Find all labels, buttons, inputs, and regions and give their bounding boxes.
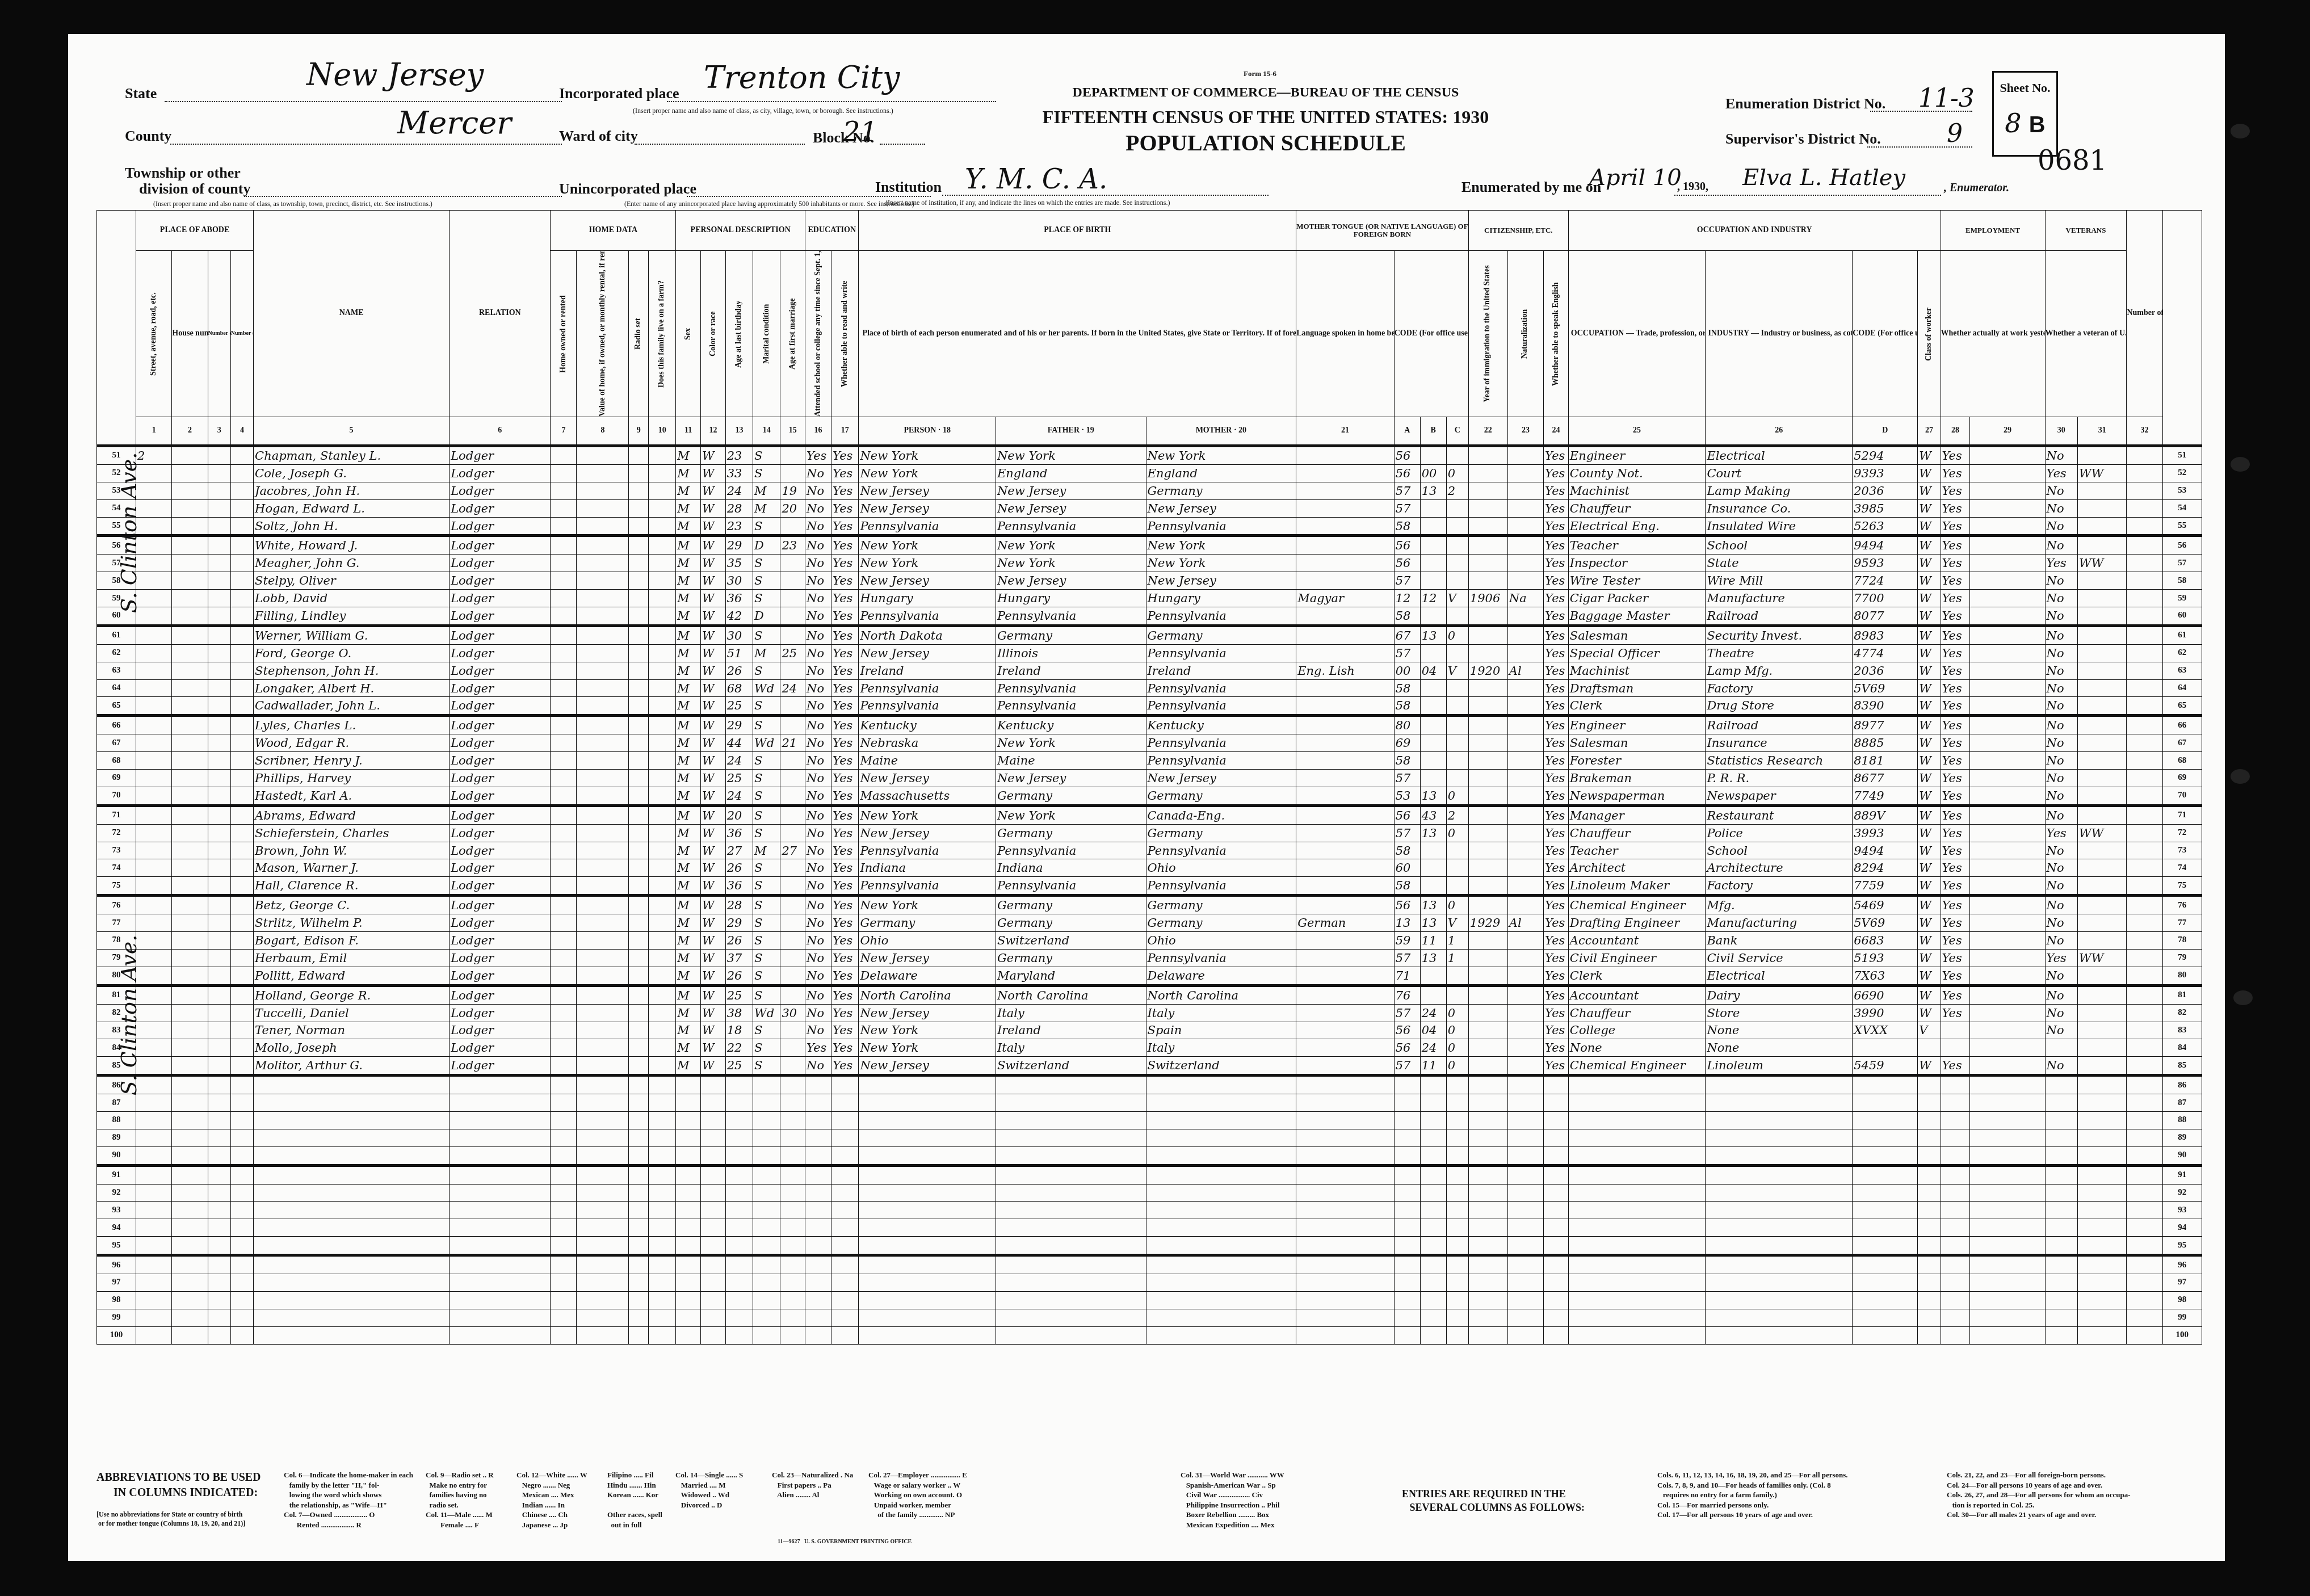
industry-cell: Insurance Co. [1706, 499, 1853, 517]
war-cell [2078, 517, 2127, 536]
birthplace-person-cell [859, 1309, 996, 1326]
code-header: CODE (For office use only. Do not write … [1394, 251, 1468, 417]
enum-district-value: 11-3 [1918, 84, 1975, 113]
birthplace-person-cell: New Jersey [859, 824, 996, 842]
empty-cell [551, 607, 577, 626]
enumerated-date: April 10 [1589, 165, 1682, 191]
occupation-cell: Clerk [1568, 697, 1706, 716]
school-cell: No [805, 842, 831, 859]
veteran-cell: No [2045, 1004, 2078, 1022]
house-number-cell [136, 644, 172, 662]
marital-cell [753, 1255, 780, 1274]
school-cell: No [805, 697, 831, 716]
empty-cell [230, 949, 253, 967]
birthplace-mother-cell: Italy [1146, 1039, 1296, 1057]
code-a-cell: 58 [1394, 842, 1420, 859]
school-cell [805, 1291, 831, 1309]
empty-cell [1970, 1146, 2045, 1165]
code-a-cell: 56 [1394, 896, 1420, 914]
speak-english-cell: Yes [1544, 662, 1569, 679]
marital-cell [753, 1291, 780, 1309]
code-b-cell: 04 [1420, 662, 1446, 679]
birthplace-person-cell [859, 1184, 996, 1202]
speak-english-cell: Yes [1544, 752, 1569, 770]
code-c-cell: V [1446, 914, 1468, 932]
empty-cell [648, 805, 675, 824]
empty-cell [208, 896, 230, 914]
veteran-cell [2045, 1165, 2078, 1184]
race-cell: W [701, 590, 726, 607]
empty-cell [230, 517, 253, 536]
code-a-cell: 59 [1394, 932, 1420, 950]
enumerated-label: Enumerated by me on [1461, 179, 1601, 196]
occupation-cell: Forester [1568, 752, 1706, 770]
empty-cell [230, 877, 253, 896]
name-cell: Mason, Warner J. [254, 859, 450, 877]
empty-cell [1970, 716, 2045, 734]
empty-cell [172, 985, 208, 1004]
empty-cell [172, 536, 208, 555]
war-cell [2078, 536, 2127, 555]
house-number-cell [136, 607, 172, 626]
war-cell [2078, 932, 2127, 950]
group-place-of-abode: PLACE OF ABODE [136, 211, 254, 251]
code-a-cell: 57 [1394, 770, 1420, 787]
empty-cell [551, 1237, 577, 1255]
age-first-marriage-cell [780, 625, 805, 644]
code-c-cell: 2 [1446, 805, 1468, 824]
empty-cell [1970, 1326, 2045, 1344]
house-number-cell [136, 499, 172, 517]
immigration-year-cell [1468, 1146, 1507, 1165]
sex-cell: M [676, 1039, 701, 1057]
house-number-cell [136, 1309, 172, 1326]
code-b-cell [1420, 1165, 1446, 1184]
abbrev-col14: Col. 14—Single ...... S Married .... M W… [675, 1470, 743, 1510]
empty-cell [1970, 1165, 2045, 1184]
class-of-worker-cell: W [1918, 499, 1941, 517]
veteran-cell [2045, 1291, 2078, 1309]
unincorporated-label: Unincorporated place [559, 180, 696, 198]
ward-label: Ward of city [559, 128, 638, 145]
age-cell: 23 [725, 517, 753, 536]
line-number-right: 95 [2162, 1237, 2202, 1255]
age-first-marriage-cell [780, 1274, 805, 1291]
house-number-cell [136, 1291, 172, 1309]
birthplace-father-cell: Germany [996, 824, 1146, 842]
age-first-marriage-cell [780, 1202, 805, 1219]
at-work-cell: Yes [1941, 517, 1970, 536]
race-cell [701, 1219, 726, 1237]
immigration-year-cell [1468, 734, 1507, 752]
veteran-cell: No [2045, 805, 2078, 824]
empty-cell [629, 644, 649, 662]
empty-cell [208, 679, 230, 697]
empty-cell [629, 1291, 649, 1309]
school-cell [805, 1219, 831, 1237]
empty-cell [629, 536, 649, 555]
marital-cell: S [753, 949, 780, 967]
marital-cell: S [753, 572, 780, 590]
empty-cell [230, 662, 253, 679]
school-cell: No [805, 896, 831, 914]
line-number: 75 [97, 877, 136, 896]
empty-cell [648, 734, 675, 752]
empty-cell [172, 949, 208, 967]
house-number-cell [136, 517, 172, 536]
naturalization-cell [1507, 1004, 1543, 1022]
mother-tongue-cell [1296, 482, 1395, 499]
code-b-cell [1420, 734, 1446, 752]
empty-cell [648, 482, 675, 499]
naturalization-cell [1507, 859, 1543, 877]
code-b-cell [1420, 716, 1446, 734]
class-of-worker-cell: W [1918, 877, 1941, 896]
empty-cell [551, 805, 577, 824]
occupation-cell [1568, 1146, 1706, 1165]
sex-cell: M [676, 625, 701, 644]
mother-tongue-cell: Eng. Lish [1296, 662, 1395, 679]
empty-cell [208, 536, 230, 555]
code-a-cell: 60 [1394, 859, 1420, 877]
occupation-cell: Electrical Eng. [1568, 517, 1706, 536]
school-cell: Yes [805, 1039, 831, 1057]
name-cell: Bogart, Edison F. [254, 932, 450, 950]
read-write-cell: Yes [831, 949, 859, 967]
code-a-cell: 57 [1394, 644, 1420, 662]
table-row: 72Schieferstein, CharlesLodgerMW36SNoYes… [97, 824, 2202, 842]
birthplace-person-cell [859, 1291, 996, 1309]
empty-cell [172, 679, 208, 697]
code-c-cell [1446, 985, 1468, 1004]
marital-cell: S [753, 932, 780, 950]
birthplace-father-cell [996, 1219, 1146, 1237]
mother-tongue-cell [1296, 1094, 1395, 1112]
industry-cell: Factory [1706, 877, 1853, 896]
empty-cell [629, 572, 649, 590]
school-cell: No [805, 572, 831, 590]
class-of-worker-cell: W [1918, 1004, 1941, 1022]
county-label: County [125, 128, 171, 145]
veteran-cell: No [2045, 590, 2078, 607]
age-cell [725, 1255, 753, 1274]
sex-cell: M [676, 949, 701, 967]
line-number-right: 53 [2162, 482, 2202, 499]
empty-cell [208, 877, 230, 896]
birthplace-father-cell: Pennsylvania [996, 679, 1146, 697]
empty-cell [230, 679, 253, 697]
empty-cell [230, 967, 253, 985]
naturalization-cell [1507, 967, 1543, 985]
empty-cell [2127, 787, 2162, 805]
marital-cell: S [753, 555, 780, 572]
name-cell: Soltz, John H. [254, 517, 450, 536]
birthplace-person-cell: New York [859, 1022, 996, 1039]
empty-cell [172, 914, 208, 932]
house-number-cell [136, 1076, 172, 1094]
occupation-code-cell [1853, 1146, 1918, 1165]
house-number-cell [136, 734, 172, 752]
at-work-cell: Yes [1941, 716, 1970, 734]
marital-cell: S [753, 446, 780, 465]
industry-cell [1706, 1111, 1853, 1129]
age-first-marriage-cell [780, 572, 805, 590]
line-number: 62 [97, 644, 136, 662]
age-cell: 20 [725, 805, 753, 824]
veteran-cell: No [2045, 625, 2078, 644]
occupation-cell: Teacher [1568, 842, 1706, 859]
war-cell [2078, 1274, 2127, 1291]
relation-cell: Lodger [450, 482, 551, 499]
speak-english-cell [1544, 1129, 1569, 1146]
code-c-cell [1446, 697, 1468, 716]
empty-cell [648, 625, 675, 644]
empty-cell [172, 1326, 208, 1344]
school-cell: No [805, 499, 831, 517]
war-cell: WW [2078, 949, 2127, 967]
sheet-number: 8 [2005, 108, 2021, 138]
at-work-cell [1941, 1094, 1970, 1112]
industry-cell [1706, 1274, 1853, 1291]
empty-cell [577, 590, 629, 607]
col-num: A [1394, 417, 1420, 446]
empty-cell [208, 914, 230, 932]
empty-cell [172, 734, 208, 752]
code-a-cell [1394, 1326, 1420, 1344]
war-cell [2078, 446, 2127, 465]
naturalization-cell [1507, 536, 1543, 555]
read-write-cell: Yes [831, 716, 859, 734]
empty-cell [648, 932, 675, 950]
birthplace-father-cell: Italy [996, 1039, 1146, 1057]
birthplace-person-cell: Pennsylvania [859, 697, 996, 716]
house-number-cell [136, 572, 172, 590]
line-number-right: 81 [2162, 985, 2202, 1004]
birthplace-person-cell: Ireland [859, 662, 996, 679]
age-first-marriage-cell [780, 1291, 805, 1309]
table-row: 59Lobb, DavidLodgerMW36SNoYesHungaryHung… [97, 590, 2202, 607]
marital-cell [753, 1076, 780, 1094]
war-cell [2078, 1165, 2127, 1184]
empty-cell [648, 679, 675, 697]
veteran-cell [2045, 1094, 2078, 1112]
immigration-year-cell [1468, 572, 1507, 590]
empty-cell [577, 1274, 629, 1291]
school-cell: No [805, 517, 831, 536]
table-row: 9090 [97, 1146, 2202, 1165]
empty-cell [551, 1004, 577, 1022]
relation-cell: Lodger [450, 625, 551, 644]
table-row: 79Herbaum, EmilLodgerMW37SNoYesNew Jerse… [97, 949, 2202, 967]
relation-cell: Lodger [450, 499, 551, 517]
empty-cell [172, 607, 208, 626]
race-cell: W [701, 662, 726, 679]
empty-cell [172, 859, 208, 877]
entries-list-2: Cols. 21, 22, and 23—For all foreign-bor… [1947, 1470, 2130, 1520]
name-cell: Hogan, Edward L. [254, 499, 450, 517]
code-c-cell [1446, 555, 1468, 572]
code-c-cell [1446, 1202, 1468, 1219]
code-b-cell [1420, 572, 1446, 590]
naturalization-cell [1507, 1094, 1543, 1112]
empty-cell [648, 1146, 675, 1165]
age-cell: 26 [725, 859, 753, 877]
empty-cell [2127, 1111, 2162, 1129]
abbrev-col12b: Filipino ..... Fil Hindu ....... Hin Kor… [607, 1470, 662, 1530]
empty-cell [577, 859, 629, 877]
empty-cell [629, 949, 649, 967]
class-of-worker-cell: W [1918, 859, 1941, 877]
at-work-cell: Yes [1941, 805, 1970, 824]
sex-cell [676, 1129, 701, 1146]
empty-cell [577, 967, 629, 985]
marital-cell: S [753, 985, 780, 1004]
occupation-cell: Salesman [1568, 625, 1706, 644]
read-write-cell [831, 1165, 859, 1184]
empty-cell [2127, 644, 2162, 662]
war-cell [2078, 625, 2127, 644]
mother-tongue-cell [1296, 949, 1395, 967]
war-cell [2078, 1057, 2127, 1076]
empty-cell [2127, 482, 2162, 499]
speak-english-cell [1544, 1094, 1569, 1112]
table-row: 69Phillips, HarveyLodgerMW25SNoYesNew Je… [97, 770, 2202, 787]
naturalization-cell [1507, 625, 1543, 644]
sex-cell: M [676, 1057, 701, 1076]
empty-cell [551, 1291, 577, 1309]
code-a-cell [1394, 1309, 1420, 1326]
relation-cell: Lodger [450, 752, 551, 770]
war-cell [2078, 1039, 2127, 1057]
at-work-cell: Yes [1941, 590, 1970, 607]
line-number-right: 100 [2162, 1326, 2202, 1344]
veteran-cell [2045, 1202, 2078, 1219]
group-name: NAME [254, 211, 450, 417]
empty-cell [2127, 1146, 2162, 1165]
sex-cell: M [676, 1004, 701, 1022]
code-b-cell: 13 [1420, 787, 1446, 805]
naturalization-cell [1507, 770, 1543, 787]
empty-cell [577, 1291, 629, 1309]
empty-cell [1970, 697, 2045, 716]
school-cell: No [805, 1057, 831, 1076]
empty-cell [629, 896, 649, 914]
line-number-right: 75 [2162, 877, 2202, 896]
empty-cell [208, 1274, 230, 1291]
code-c-cell [1446, 1309, 1468, 1326]
empty-cell [629, 1326, 649, 1344]
veteran-cell: No [2045, 896, 2078, 914]
empty-cell [1970, 805, 2045, 824]
empty-cell [648, 644, 675, 662]
group-employment: EMPLOYMENT [1941, 211, 2045, 251]
naturalization-cell: Na [1507, 590, 1543, 607]
empty-cell [629, 914, 649, 932]
naturalization-cell [1507, 1039, 1543, 1057]
age-cell: 24 [725, 787, 753, 805]
relation-cell [450, 1237, 551, 1255]
table-row: 8686 [97, 1076, 2202, 1094]
code-c-cell [1446, 1274, 1468, 1291]
school-cell [805, 1184, 831, 1202]
marital-cell: S [753, 1057, 780, 1076]
empty-cell [208, 716, 230, 734]
empty-cell [230, 536, 253, 555]
race-cell: W [701, 842, 726, 859]
birthplace-father-cell: New Jersey [996, 770, 1146, 787]
empty-cell [648, 1004, 675, 1022]
line-number: 61 [97, 625, 136, 644]
sex-cell: M [676, 607, 701, 626]
code-c-cell: 0 [1446, 896, 1468, 914]
line-number-right: 91 [2162, 1165, 2202, 1184]
empty-cell [172, 1129, 208, 1146]
code-c-cell: 2 [1446, 482, 1468, 499]
occupation-cell: Engineer [1568, 446, 1706, 465]
empty-cell [551, 1309, 577, 1326]
immigration-year-cell [1468, 949, 1507, 967]
relation-cell: Lodger [450, 896, 551, 914]
enumerator-line [1674, 195, 1941, 196]
veteran-cell [2045, 1111, 2078, 1129]
code-c-cell: 1 [1446, 932, 1468, 950]
race-cell: W [701, 499, 726, 517]
sex-cell: M [676, 932, 701, 950]
speak-english-cell [1544, 1165, 1569, 1184]
table-row: 52Cole, Joseph G.LodgerMW33SNoYesNew Yor… [97, 464, 2202, 482]
empty-cell [1970, 842, 2045, 859]
at-work-cell: Yes [1941, 770, 1970, 787]
age-cell: 24 [725, 482, 753, 499]
birthplace-mother-cell [1146, 1309, 1296, 1326]
race-cell: W [701, 482, 726, 499]
line-number-right: 70 [2162, 787, 2202, 805]
age-cell [725, 1219, 753, 1237]
class-of-worker-cell [1918, 1039, 1941, 1057]
naturalization-cell [1507, 697, 1543, 716]
empty-cell [172, 932, 208, 950]
birthplace-person-cell: New Jersey [859, 644, 996, 662]
age-cell: 35 [725, 555, 753, 572]
name-cell [254, 1255, 450, 1274]
empty-cell [648, 859, 675, 877]
empty-cell [1970, 914, 2045, 932]
at-work-cell [1941, 1184, 1970, 1202]
birthplace-person-cell: New York [859, 1039, 996, 1057]
read-write-cell [831, 1184, 859, 1202]
empty-cell [551, 625, 577, 644]
incorporated-value: Trenton City [704, 60, 900, 95]
empty-cell [1970, 1309, 2045, 1326]
sex-cell: M [676, 842, 701, 859]
table-row: 67Wood, Edgar R.LodgerMW44Wd21NoYesNebra… [97, 734, 2202, 752]
age-cell: 29 [725, 716, 753, 734]
empty-cell [629, 770, 649, 787]
industry-cell: Court [1706, 464, 1853, 482]
school-cell [805, 1255, 831, 1274]
empty-cell [648, 1255, 675, 1274]
school-cell: No [805, 805, 831, 824]
at-work-cell: Yes [1941, 679, 1970, 697]
empty-cell [230, 697, 253, 716]
age-cell [725, 1326, 753, 1344]
code-b-cell: 11 [1420, 1057, 1446, 1076]
table-row: 61Werner, William G.LodgerMW30SNoYesNort… [97, 625, 2202, 644]
occupation-cell [1568, 1129, 1706, 1146]
table-row: 9595 [97, 1237, 2202, 1255]
birthplace-person-cell [859, 1255, 996, 1274]
empty-cell [1970, 967, 2045, 985]
